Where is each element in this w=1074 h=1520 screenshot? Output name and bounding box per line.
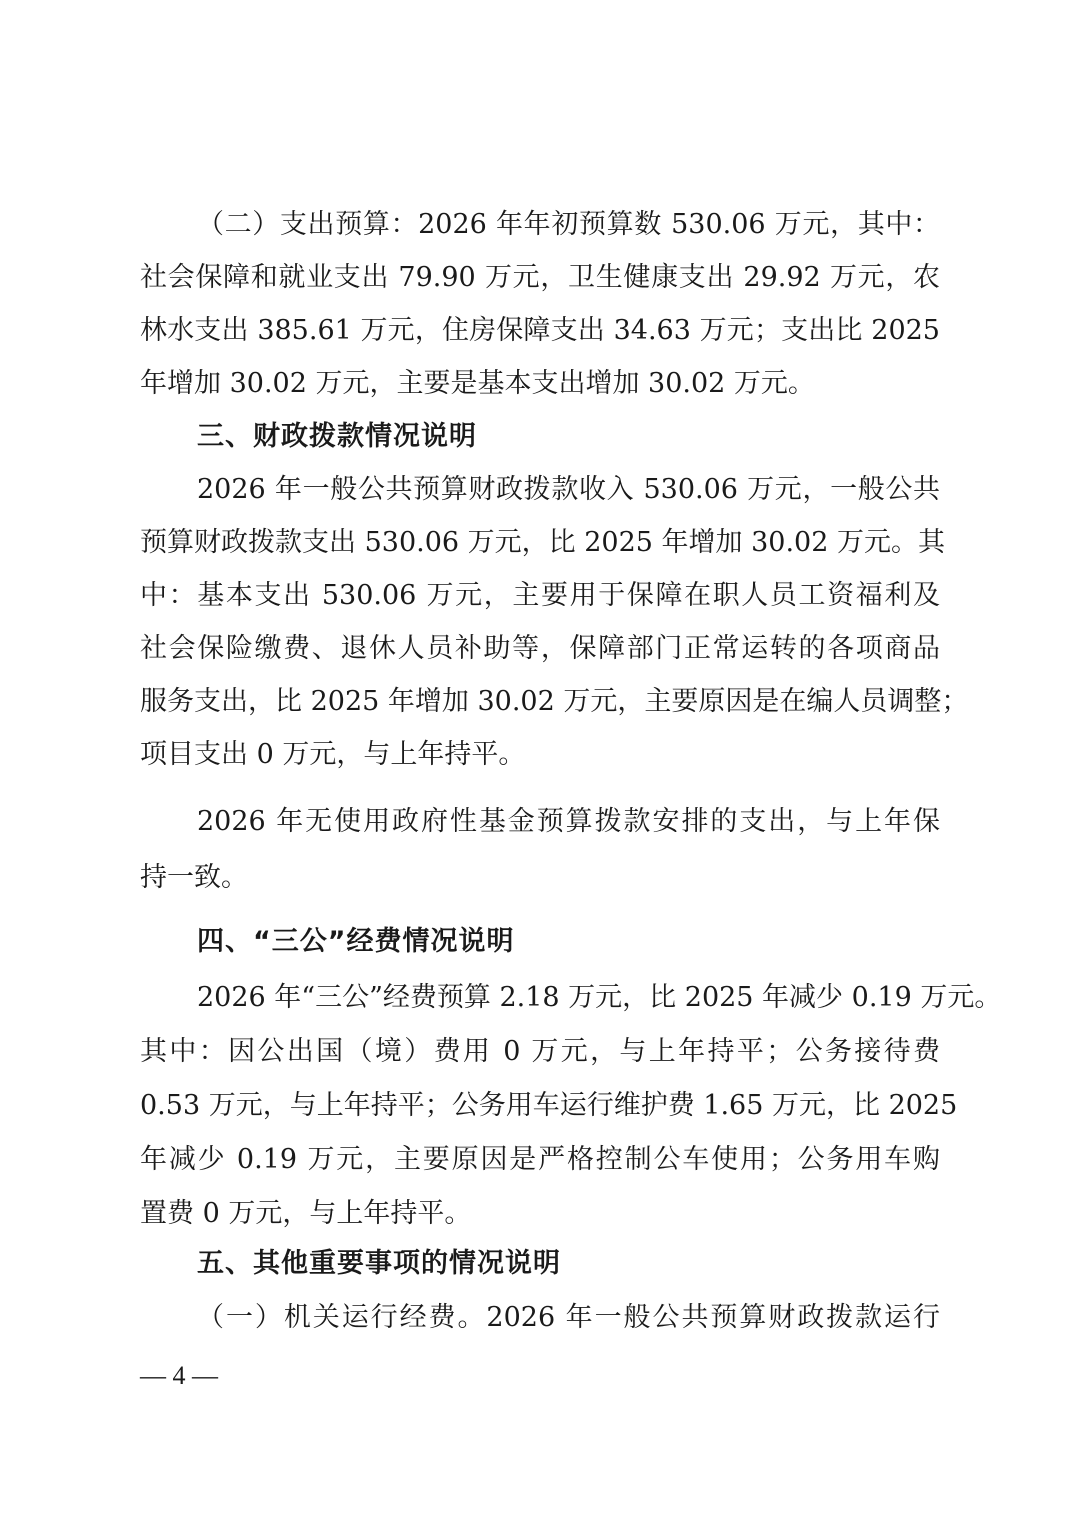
document-page: （二）支出预算：2026 年年初预算数 530.06 万元，其中： 社会保障和就…	[0, 0, 1074, 1520]
paragraph-line: 年增加 30.02 万元，主要是基本支出增加 30.02 万元。	[140, 364, 940, 404]
paragraph-line: 中：基本支出 530.06 万元，主要用于保障在职人员工资福利及	[140, 576, 940, 616]
paragraph-line: 年减少 0.19 万元，主要原因是严格控制公车使用；公务用车购	[140, 1140, 940, 1180]
paragraph-line: （一）机关运行经费。2026 年一般公共预算财政拨款运行	[197, 1298, 940, 1338]
paragraph-line: 社会保险缴费、退休人员补助等，保障部门正常运转的各项商品	[140, 629, 940, 669]
paragraph-line: 项目支出 0 万元，与上年持平。	[140, 735, 940, 775]
paragraph-line: 持一致。	[140, 858, 940, 898]
paragraph-line: 2026 年“三公”经费预算 2.18 万元，比 2025 年减少 0.19 万…	[197, 978, 940, 1018]
paragraph-line: 0.53 万元，与上年持平；公务用车运行维护费 1.65 万元，比 2025	[140, 1086, 940, 1126]
page-number: — 4 —	[140, 1358, 218, 1394]
section-heading: 四、“三公”经费情况说明	[197, 922, 515, 962]
paragraph-line: （二）支出预算：2026 年年初预算数 530.06 万元，其中：	[197, 205, 940, 245]
paragraph-line: 预算财政拨款支出 530.06 万元，比 2025 年增加 30.02 万元。其	[140, 523, 940, 563]
paragraph-line: 林水支出 385.61 万元，住房保障支出 34.63 万元；支出比 2025	[140, 311, 940, 351]
section-heading: 五、其他重要事项的情况说明	[197, 1244, 561, 1284]
paragraph-line: 2026 年一般公共预算财政拨款收入 530.06 万元，一般公共	[197, 470, 940, 510]
paragraph-line: 服务支出，比 2025 年增加 30.02 万元，主要原因是在编人员调整；	[140, 682, 940, 722]
paragraph-line: 置费 0 万元，与上年持平。	[140, 1194, 940, 1234]
section-heading: 三、财政拨款情况说明	[197, 417, 477, 457]
paragraph-line: 其中：因公出国（境）费用 0 万元，与上年持平；公务接待费	[140, 1032, 940, 1072]
paragraph-line: 2026 年无使用政府性基金预算拨款安排的支出，与上年保	[197, 802, 940, 842]
paragraph-line: 社会保障和就业支出 79.90 万元，卫生健康支出 29.92 万元，农	[140, 258, 940, 298]
